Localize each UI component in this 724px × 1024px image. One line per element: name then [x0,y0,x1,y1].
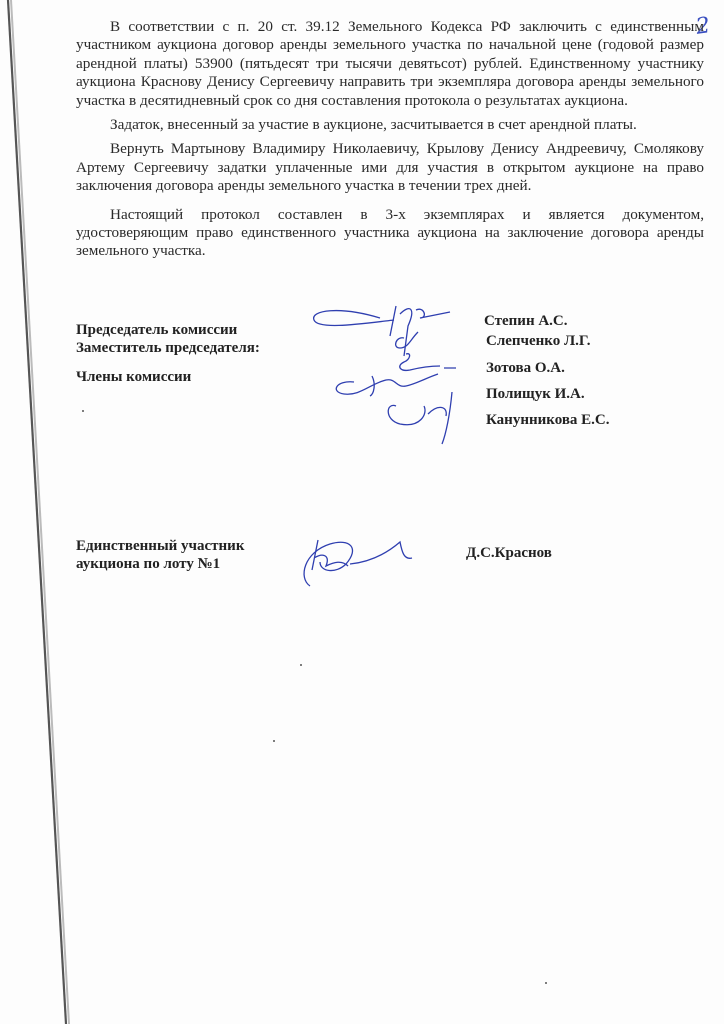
scan-speck [300,664,302,666]
paragraph-return-deposits: Вернуть Мартынову Владимиру Николаевичу,… [76,140,704,195]
chairman-label: Председатель комиссии [76,322,237,339]
signatory-name-2: Слепченко Л.Г. [486,333,591,350]
scan-speck [273,740,275,742]
participant-label-line2: аукциона по лоту №1 [76,556,220,573]
deputy-chairman-label: Заместитель председателя: [76,340,260,357]
scan-speck [545,982,547,984]
paragraph-lease-agreement: В соответствии с п. 20 ст. 39.12 Земельн… [76,18,704,110]
signatory-name-5: Канунникова Е.С. [486,412,610,429]
members-label: Члены комиссии [76,369,191,386]
participant-name: Д.С.Краснов [466,545,552,562]
paragraph-deposit: Задаток, внесенный за участие в аукционе… [76,116,704,134]
signatory-name-1: Степин А.С. [484,313,568,330]
protocol-body: В соответствии с п. 20 ст. 39.12 Земельн… [76,18,704,261]
participant-label-line1: Единственный участник [76,538,244,555]
signatory-name-4: Полищук И.А. [486,386,585,403]
participant-signature [290,528,420,590]
scan-speck [82,410,84,412]
signatory-name-3: Зотова О.А. [486,360,565,377]
paragraph-copies: Настоящий протокол составлен в 3-х экзем… [76,206,704,261]
commission-signatures [300,296,490,446]
